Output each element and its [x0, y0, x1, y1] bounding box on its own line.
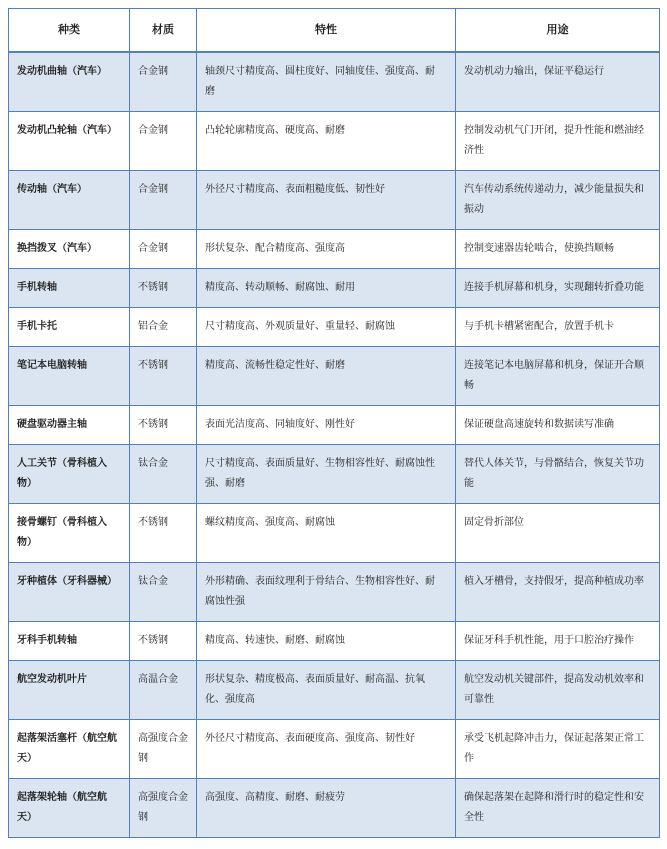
cell-material: 不锈钢: [130, 406, 197, 445]
cell-type: 硬盘驱动器主轴: [9, 406, 130, 445]
cell-material: 钛合金: [130, 563, 197, 622]
cell-material: 高温合金: [130, 661, 197, 720]
document-page: 种类 材质 特性 用途 发动机曲轴（汽车） 合金钢 轴颈尺寸精度高、圆柱度好、同…: [0, 0, 667, 842]
cell-material: 合金钢: [130, 52, 197, 112]
cell-usage: 保证牙科手机性能，用于口腔治疗操作: [456, 622, 660, 661]
cell-usage: 固定骨折部位: [456, 504, 660, 563]
column-header-features: 特性: [197, 9, 456, 53]
cell-usage: 替代人体关节，与骨骼结合，恢复关节功能: [456, 445, 660, 504]
table-row: 换挡拨叉（汽车） 合金钢 形状复杂、配合精度高、强度高 控制变速器齿轮啮合，使换…: [9, 230, 660, 269]
cell-type: 传动轴（汽车）: [9, 171, 130, 230]
table-row: 手机转轴 不锈钢 精度高、转动顺畅、耐腐蚀、耐用 连接手机屏幕和机身，实现翻转折…: [9, 269, 660, 308]
table-row: 发动机凸轮轴（汽车） 合金钢 凸轮轮廓精度高、硬度高、耐磨 控制发动机气门开闭，…: [9, 112, 660, 171]
cell-features: 螺纹精度高、强度高、耐腐蚀: [197, 504, 456, 563]
cell-material: 合金钢: [130, 171, 197, 230]
cell-usage: 连接笔记本电脑屏幕和机身，保证开合顺畅: [456, 347, 660, 406]
table-row: 接骨螺钉（骨科植入物） 不锈钢 螺纹精度高、强度高、耐腐蚀 固定骨折部位: [9, 504, 660, 563]
cell-type: 笔记本电脑转轴: [9, 347, 130, 406]
cell-material: 钛合金: [130, 445, 197, 504]
cell-type: 接骨螺钉（骨科植入物）: [9, 504, 130, 563]
cell-material: 不锈钢: [130, 347, 197, 406]
cell-features: 凸轮轮廓精度高、硬度高、耐磨: [197, 112, 456, 171]
cell-material: 不锈钢: [130, 269, 197, 308]
cell-type: 起落架轮轴（航空航天）: [9, 779, 130, 838]
cell-material: 合金钢: [130, 230, 197, 269]
cell-material: 高强度合金钢: [130, 720, 197, 779]
table-row: 发动机曲轴（汽车） 合金钢 轴颈尺寸精度高、圆柱度好、同轴度佳、强度高、耐磨 发…: [9, 52, 660, 112]
cell-material: 合金钢: [130, 112, 197, 171]
cell-usage: 与手机卡槽紧密配合，放置手机卡: [456, 308, 660, 347]
cell-features: 精度高、转速快、耐磨、耐腐蚀: [197, 622, 456, 661]
table-row: 起落架活塞杆（航空航天） 高强度合金钢 外径尺寸精度高、表面硬度高、强度高、韧性…: [9, 720, 660, 779]
table-row: 人工关节（骨科植入物） 钛合金 尺寸精度高、表面质量好、生物相容性好、耐腐蚀性强…: [9, 445, 660, 504]
cell-material: 不锈钢: [130, 504, 197, 563]
cell-features: 精度高、流畅性稳定性好、耐磨: [197, 347, 456, 406]
cell-usage: 发动机动力输出，保证平稳运行: [456, 52, 660, 112]
parts-table: 种类 材质 特性 用途 发动机曲轴（汽车） 合金钢 轴颈尺寸精度高、圆柱度好、同…: [8, 8, 660, 838]
cell-features: 外形精确、表面纹理利于骨结合、生物相容性好、耐腐蚀性强: [197, 563, 456, 622]
cell-features: 精度高、转动顺畅、耐腐蚀、耐用: [197, 269, 456, 308]
cell-type: 发动机曲轴（汽车）: [9, 52, 130, 112]
cell-usage: 连接手机屏幕和机身，实现翻转折叠功能: [456, 269, 660, 308]
cell-material: 铝合金: [130, 308, 197, 347]
cell-features: 表面光洁度高、同轴度好、刚性好: [197, 406, 456, 445]
table-row: 航空发动机叶片 高温合金 形状复杂、精度极高、表面质量好、耐高温、抗氧化、强度高…: [9, 661, 660, 720]
cell-type: 换挡拨叉（汽车）: [9, 230, 130, 269]
cell-features: 高强度、高精度、耐磨、耐疲劳: [197, 779, 456, 838]
table-row: 牙科手机转轴 不锈钢 精度高、转速快、耐磨、耐腐蚀 保证牙科手机性能，用于口腔治…: [9, 622, 660, 661]
cell-usage: 确保起落架在起降和滑行时的稳定性和安全性: [456, 779, 660, 838]
cell-usage: 承受飞机起降冲击力，保证起落架正常工作: [456, 720, 660, 779]
header-row: 种类 材质 特性 用途: [9, 9, 660, 53]
table-row: 传动轴（汽车） 合金钢 外径尺寸精度高、表面粗糙度低、韧性好 汽车传动系统传递动…: [9, 171, 660, 230]
cell-usage: 控制变速器齿轮啮合，使换挡顺畅: [456, 230, 660, 269]
cell-features: 形状复杂、配合精度高、强度高: [197, 230, 456, 269]
cell-features: 外径尺寸精度高、表面硬度高、强度高、韧性好: [197, 720, 456, 779]
column-header-type: 种类: [9, 9, 130, 53]
cell-usage: 保证硬盘高速旋转和数据读写准确: [456, 406, 660, 445]
table-row: 硬盘驱动器主轴 不锈钢 表面光洁度高、同轴度好、刚性好 保证硬盘高速旋转和数据读…: [9, 406, 660, 445]
cell-type: 牙科手机转轴: [9, 622, 130, 661]
column-header-material: 材质: [130, 9, 197, 53]
cell-usage: 植入牙槽骨，支持假牙，提高种植成功率: [456, 563, 660, 622]
cell-type: 发动机凸轮轴（汽车）: [9, 112, 130, 171]
cell-material: 高强度合金钢: [130, 779, 197, 838]
table-row: 笔记本电脑转轴 不锈钢 精度高、流畅性稳定性好、耐磨 连接笔记本电脑屏幕和机身，…: [9, 347, 660, 406]
cell-features: 形状复杂、精度极高、表面质量好、耐高温、抗氧化、强度高: [197, 661, 456, 720]
cell-type: 航空发动机叶片: [9, 661, 130, 720]
cell-usage: 汽车传动系统传递动力，减少能量损失和振动: [456, 171, 660, 230]
cell-features: 尺寸精度高、外观质量好、重量轻、耐腐蚀: [197, 308, 456, 347]
cell-type: 人工关节（骨科植入物）: [9, 445, 130, 504]
cell-material: 不锈钢: [130, 622, 197, 661]
cell-type: 手机转轴: [9, 269, 130, 308]
cell-usage: 控制发动机气门开闭，提升性能和燃油经济性: [456, 112, 660, 171]
table-row: 牙种植体（牙科器械） 钛合金 外形精确、表面纹理利于骨结合、生物相容性好、耐腐蚀…: [9, 563, 660, 622]
cell-type: 手机卡托: [9, 308, 130, 347]
cell-type: 牙种植体（牙科器械）: [9, 563, 130, 622]
cell-usage: 航空发动机关键部件，提高发动机效率和可靠性: [456, 661, 660, 720]
cell-features: 尺寸精度高、表面质量好、生物相容性好、耐腐蚀性强、耐磨: [197, 445, 456, 504]
cell-features: 外径尺寸精度高、表面粗糙度低、韧性好: [197, 171, 456, 230]
table-row: 起落架轮轴（航空航天） 高强度合金钢 高强度、高精度、耐磨、耐疲劳 确保起落架在…: [9, 779, 660, 838]
column-header-usage: 用途: [456, 9, 660, 53]
table-row: 手机卡托 铝合金 尺寸精度高、外观质量好、重量轻、耐腐蚀 与手机卡槽紧密配合，放…: [9, 308, 660, 347]
cell-features: 轴颈尺寸精度高、圆柱度好、同轴度佳、强度高、耐磨: [197, 52, 456, 112]
cell-type: 起落架活塞杆（航空航天）: [9, 720, 130, 779]
